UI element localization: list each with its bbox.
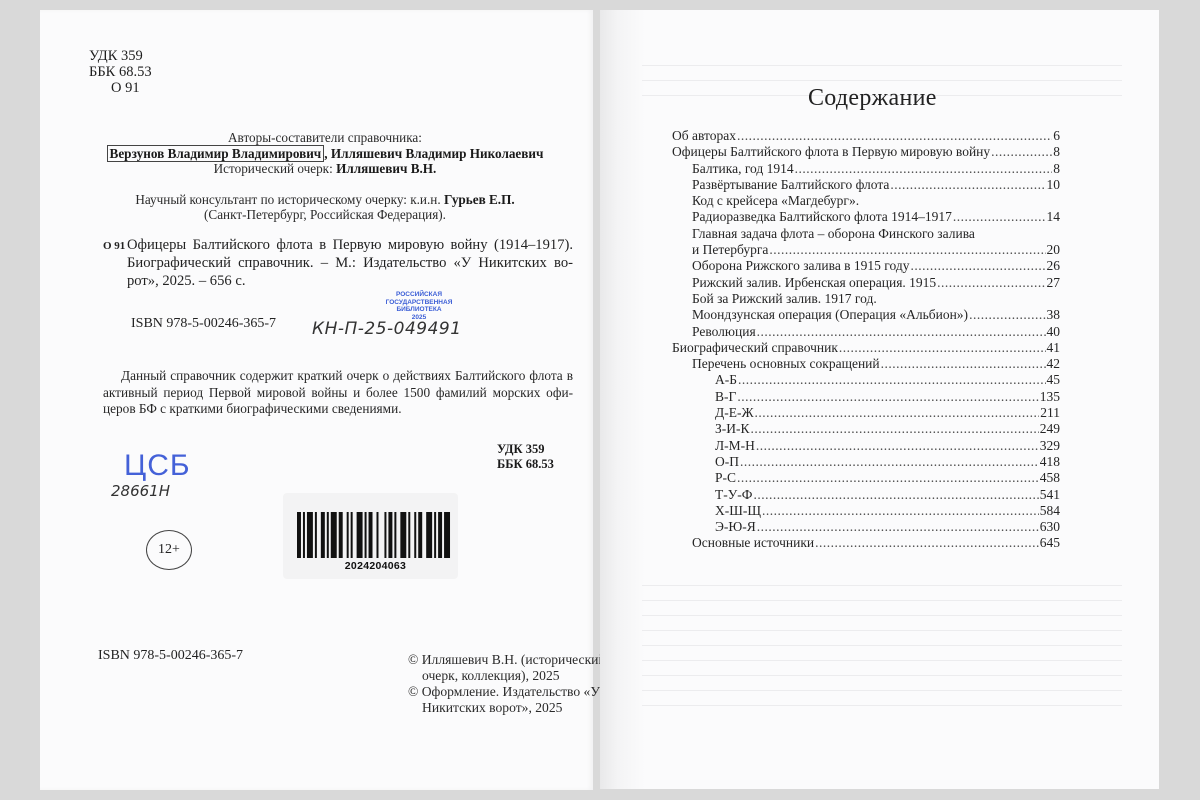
toc-entry-label: В-Г (715, 389, 736, 405)
toc-entry: Т-У-Ф541 (672, 487, 1060, 503)
table-of-contents: Об авторах6Офицеры Балтийского флота в П… (672, 128, 1060, 552)
isbn-top: ISBN 978-5-00246-365-7 (131, 316, 276, 332)
barcode-icon (297, 512, 454, 558)
compiler-1-name: Верзунов Владимир Владимирович (107, 145, 325, 162)
essay-label: Исторический очерк: (214, 161, 333, 176)
toc-entry-label: Х-Ш-Щ (715, 503, 761, 519)
toc-entry-page: 14 (1047, 209, 1061, 225)
toc-entry-page: 645 (1040, 535, 1060, 551)
toc-entry-label: Р-С (715, 470, 736, 486)
toc-entry-page: 8 (1053, 144, 1060, 160)
handwritten-inventory: КН-П-25-049491 (312, 319, 462, 339)
toc-entry: З-И-К249 (672, 421, 1060, 437)
toc-entry-label: Бой за Рижский залив. 1917 год. (692, 291, 877, 307)
toc-leader-dots (755, 405, 1040, 421)
toc-entry: Рижский залив. Ирбенская операция. 19152… (672, 275, 1060, 291)
toc-leader-dots (839, 340, 1046, 356)
toc-leader-dots (953, 209, 1046, 225)
toc-entry-page: 20 (1047, 242, 1061, 258)
toc-entry-page: 458 (1040, 470, 1060, 486)
toc-leader-dots (795, 161, 1053, 177)
copyright-block: © Илляшевич В.Н. (исторический очерк, ко… (408, 652, 628, 716)
toc-entry-page: 6 (1053, 128, 1060, 144)
toc-entry-page: 38 (1047, 307, 1061, 323)
barcode-number: 2024204063 (283, 560, 468, 572)
toc-entry: Главная задача флота – оборона Финского … (672, 226, 1060, 242)
credits-block: Авторы-составители справочника: Верзунов… (90, 130, 560, 222)
toc-entry-label: А-Б (715, 372, 737, 388)
toc-entry-label: Л-М-Н (715, 438, 755, 454)
toc-entry-label: Развёртывание Балтийского флота (692, 177, 889, 193)
udk-code-repeat: УДК 359 (497, 442, 554, 457)
toc-entry-label: Перечень основных сокращений (692, 356, 880, 372)
toc-entry-page: 45 (1047, 372, 1061, 388)
toc-entry: Офицеры Балтийского флота в Первую миров… (672, 144, 1060, 160)
toc-entry-label: Радиоразведка Балтийского флота 1914–191… (692, 209, 952, 225)
toc-entry-label: Революция (692, 324, 756, 340)
toc-entry-page: 26 (1047, 258, 1061, 274)
toc-entry-label: Офицеры Балтийского флота в Первую миров… (672, 144, 990, 160)
classification-block: УДК 359 ББК 68.53 О 91 (89, 48, 152, 96)
bbk-code: ББК 68.53 (89, 64, 152, 80)
toc-leader-dots (737, 470, 1039, 486)
toc-entry-label: Биографический справочник (672, 340, 838, 356)
library-stamp: РОССИЙСКАЯ ГОСУДАРСТВЕННАЯ БИБЛИОТЕКА 20… (369, 291, 469, 321)
toc-leader-dots (751, 421, 1039, 437)
essay-author: Илляшевич В.Н. (336, 161, 436, 176)
toc-entry: Об авторах6 (672, 128, 1060, 144)
toc-entry-page: 10 (1047, 177, 1061, 193)
toc-leader-dots (757, 519, 1039, 535)
toc-leader-dots (815, 535, 1039, 551)
toc-entry: Перечень основных сокращений42 (672, 356, 1060, 372)
toc-leader-dots (991, 144, 1052, 160)
toc-entry: Биографический справочник41 (672, 340, 1060, 356)
csb-stamp: ЦСБ (124, 449, 191, 483)
toc-entry-page: 42 (1047, 356, 1061, 372)
toc-entry-label: Моондзунская операция (Операция «Альбион… (692, 307, 968, 323)
toc-leader-dots (762, 503, 1039, 519)
toc-leader-dots (753, 487, 1038, 503)
left-page-imprint: УДК 359 ББК 68.53 О 91 Авторы-составител… (40, 10, 593, 790)
compiler-2-name: Илляшевич Владимир Николаевич (331, 146, 544, 161)
bibliographic-text: Офицеры Балтийского флота в Первую миров… (103, 236, 573, 290)
stamp-line-3: БИБЛИОТЕКА (369, 306, 469, 314)
right-page-contents: Содержание Об авторах6Офицеры Балтийског… (600, 10, 1159, 789)
compilers-label: Авторы-составители справочника: (90, 130, 560, 145)
toc-leader-dots (757, 324, 1046, 340)
toc-entry-page: 541 (1040, 487, 1060, 503)
toc-entry-label: Э-Ю-Я (715, 519, 756, 535)
toc-entry-page: 249 (1040, 421, 1060, 437)
show-through-bottom (642, 585, 1122, 720)
toc-entry-label: О-П (715, 454, 739, 470)
toc-entry: Оборона Рижского залива в 1915 году26 (672, 258, 1060, 274)
toc-entry-page: 27 (1047, 275, 1061, 291)
toc-entry-label: Оборона Рижского залива в 1915 году (692, 258, 910, 274)
toc-leader-dots (738, 372, 1046, 388)
toc-entry: Балтика, год 19148 (672, 161, 1060, 177)
toc-entry-label: Об авторах (672, 128, 736, 144)
toc-entry-label: З-И-К (715, 421, 750, 437)
annotation-text: Данный справочник содержит краткий очерк… (103, 368, 573, 418)
toc-entry: и Петербурга20 (672, 242, 1060, 258)
toc-leader-dots (737, 389, 1038, 405)
consultant-label: Научный консультант по историческому оче… (135, 192, 440, 207)
toc-entry: Л-М-Н329 (672, 438, 1060, 454)
toc-entry-label: Т-У-Ф (715, 487, 752, 503)
toc-entry: Код с крейсера «Магдебург». (672, 193, 1060, 209)
author-mark: О 91 (89, 80, 152, 96)
toc-entry: О-П418 (672, 454, 1060, 470)
toc-leader-dots (937, 275, 1045, 291)
toc-leader-dots (881, 356, 1046, 372)
consultant-name: Гурьев Е.П. (444, 192, 515, 207)
udk-code: УДК 359 (89, 48, 152, 64)
stamp-line-1: РОССИЙСКАЯ (369, 291, 469, 299)
handwritten-number: 28661Н (111, 482, 170, 500)
toc-entry: Д-Е-Ж211 (672, 405, 1060, 421)
consultant-location: (Санкт-Петербург, Российская Федерация). (90, 207, 560, 222)
toc-entry-label: Рижский залив. Ирбенская операция. 1915 (692, 275, 936, 291)
toc-entry: Основные источники645 (672, 535, 1060, 551)
toc-entry-page: 584 (1040, 503, 1060, 519)
toc-leader-dots (969, 307, 1045, 323)
toc-entry-label: Д-Е-Ж (715, 405, 754, 421)
toc-entry-page: 41 (1047, 340, 1061, 356)
toc-entry: А-Б45 (672, 372, 1060, 388)
name-separator: , (324, 146, 327, 161)
toc-entry: Революция40 (672, 324, 1060, 340)
toc-title: Содержание (808, 85, 937, 112)
toc-entry-label: Основные источники (692, 535, 814, 551)
toc-leader-dots (740, 454, 1039, 470)
barcode-sticker: 2024204063 (283, 493, 458, 579)
toc-entry: Х-Ш-Щ584 (672, 503, 1060, 519)
toc-entry: Р-С458 (672, 470, 1060, 486)
toc-leader-dots (769, 242, 1045, 258)
toc-entry-label: Код с крейсера «Магдебург». (692, 193, 859, 209)
classification-repeat: УДК 359 ББК 68.53 (497, 442, 554, 472)
toc-entry-page: 135 (1040, 389, 1060, 405)
toc-entry-page: 8 (1053, 161, 1060, 177)
toc-entry: Бой за Рижский залив. 1917 год. (672, 291, 1060, 307)
toc-leader-dots (911, 258, 1046, 274)
toc-entry: Радиоразведка Балтийского флота 1914–191… (672, 209, 1060, 225)
toc-leader-dots (737, 128, 1052, 144)
isbn-bottom: ISBN 978-5-00246-365-7 (98, 648, 243, 664)
toc-leader-dots (756, 438, 1039, 454)
toc-entry-page: 40 (1047, 324, 1061, 340)
age-rating-badge: 12+ (146, 530, 192, 570)
toc-entry-page: 211 (1040, 405, 1060, 421)
copyright-design: © Оформление. Издательство «У Никитских … (408, 684, 628, 716)
toc-entry: Развёртывание Балтийского флота10 (672, 177, 1060, 193)
stamp-line-2: ГОСУДАРСТВЕННАЯ (369, 299, 469, 307)
toc-entry-page: 418 (1040, 454, 1060, 470)
toc-entry-label: и Петербурга (692, 242, 768, 258)
toc-entry-page: 630 (1040, 519, 1060, 535)
toc-leader-dots (890, 177, 1045, 193)
toc-entry: В-Г135 (672, 389, 1060, 405)
bbk-code-repeat: ББК 68.53 (497, 457, 554, 472)
copyright-essay: © Илляшевич В.Н. (исторический очерк, ко… (408, 652, 628, 684)
toc-entry-label: Главная задача флота – оборона Финского … (692, 226, 975, 242)
toc-entry: Э-Ю-Я630 (672, 519, 1060, 535)
toc-entry-label: Балтика, год 1914 (692, 161, 794, 177)
bibliographic-record: О 91 Офицеры Балтийского флота в Первую … (103, 236, 573, 290)
toc-entry: Моондзунская операция (Операция «Альбион… (672, 307, 1060, 323)
toc-entry-page: 329 (1040, 438, 1060, 454)
bibliographic-code: О 91 (103, 237, 125, 255)
